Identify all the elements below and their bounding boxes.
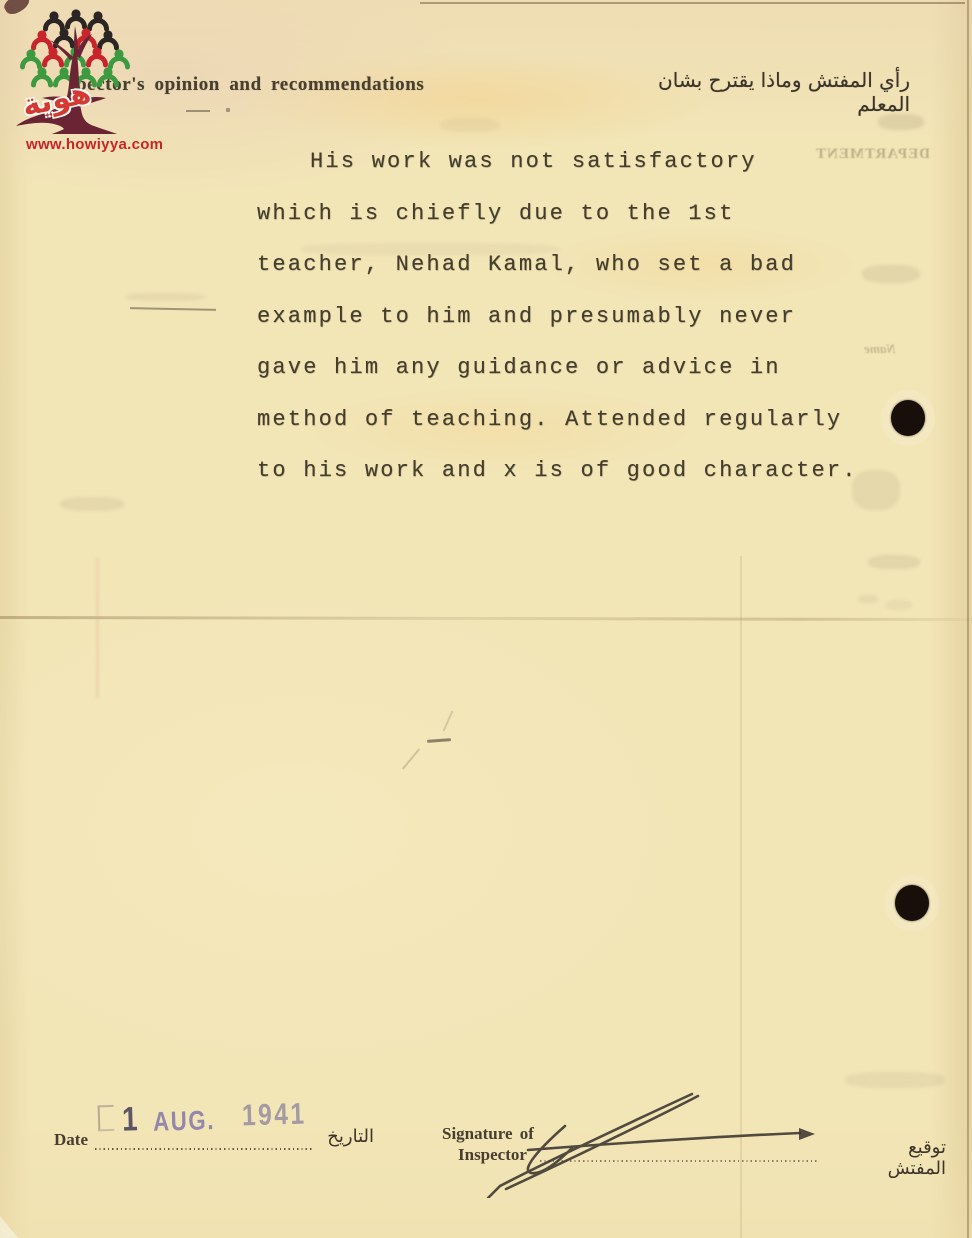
stamp-frame-mark <box>98 1105 115 1131</box>
report-line: which is chiefly due to the 1st <box>257 188 877 240</box>
paper-top-edge <box>420 2 965 4</box>
report-line: teacher, Nehad Kamal, who set a bad <box>257 239 877 291</box>
hole-punch-dot-top <box>891 400 925 436</box>
inspector-signature-scribble <box>470 1078 830 1198</box>
report-line: His work was not satisfactory <box>257 136 877 188</box>
paper-smudge <box>125 293 205 301</box>
horizontal-fold-crease <box>0 616 972 621</box>
signature-arrow-tip <box>799 1128 815 1140</box>
pen-dash-mark <box>427 738 451 743</box>
heading-dot-mark <box>226 108 230 112</box>
heading-underline-dash <box>186 110 210 112</box>
paper-smudge <box>845 1072 945 1088</box>
logo-website-url: www.howiyya.com <box>26 136 163 153</box>
paper-smudge <box>858 595 878 603</box>
pen-scratch-mark <box>402 748 420 769</box>
date-label: Date <box>54 1130 88 1150</box>
report-line: example to him and presumably never <box>257 291 877 343</box>
stamp-year: 1941 <box>242 1098 307 1134</box>
howiyya-watermark-logo: هوية www.howiyya.com <box>12 2 140 154</box>
paper-smudge <box>878 114 924 130</box>
typewritten-report-text: His work was not satisfactory which is c… <box>257 136 877 497</box>
report-line: to his work and x is of good character. <box>257 445 877 497</box>
pen-dash-mark <box>130 307 216 311</box>
paper-smudge <box>60 497 124 511</box>
hole-punch-dot-bottom <box>895 885 929 921</box>
pen-scratch-mark <box>443 711 454 732</box>
paper-smudge <box>886 600 912 610</box>
scanned-document-page: DEPARTMENT Name pector's opinion and rec… <box>0 0 972 1238</box>
report-line: method of teaching. Attended regularly <box>257 394 877 446</box>
stamp-day: 1 <box>121 1100 138 1139</box>
bottom-left-corner-notch <box>0 1216 18 1238</box>
date-dotted-line <box>95 1148 313 1150</box>
paper-smudge <box>440 118 500 132</box>
inspector-opinion-heading-arabic: رأي المفتش وماذا يقترح بشان المعلم <box>610 68 910 116</box>
report-line: gave him any guidance or advice in <box>257 342 877 394</box>
date-stamp: 1 AUG. 1941 <box>98 1095 339 1141</box>
paper-smudge <box>868 555 920 569</box>
vertical-crease-tint <box>96 558 99 698</box>
signature-label-arabic: توقيع المفتش <box>846 1137 946 1179</box>
stamp-month: AUG. <box>153 1105 216 1138</box>
paper-right-edge <box>967 0 969 1238</box>
